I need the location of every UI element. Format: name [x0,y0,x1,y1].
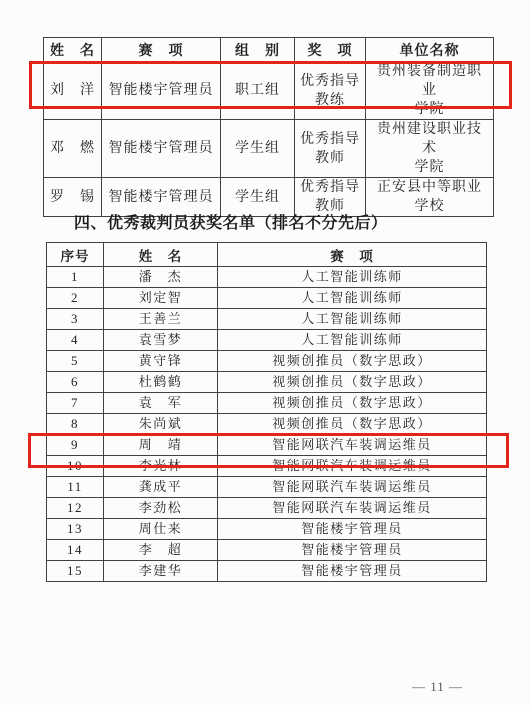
cell-event: 智能楼宇管理员 [102,120,221,178]
table-row: 7 袁 军 视频创推员（数字思政） [47,393,487,414]
cell-no: 13 [47,519,104,540]
document-page: 姓 名 赛 项 组 别 奖 项 单位名称 刘 洋 智能楼宇管理员 职工组 优秀指… [0,0,530,705]
cell-event: 智能网联汽车装调运维员 [218,435,487,456]
cell-group: 职工组 [221,62,295,120]
cell-event: 视频创推员（数字思政） [218,351,487,372]
cell-name: 邓 燃 [44,120,102,178]
coach-award-table: 姓 名 赛 项 组 别 奖 项 单位名称 刘 洋 智能楼宇管理员 职工组 优秀指… [43,37,494,217]
cell-name: 王善兰 [104,309,218,330]
cell-no: 5 [47,351,104,372]
column-header-event: 赛 项 [218,243,487,267]
table-row: 邓 燃 智能楼宇管理员 学生组 优秀指导 教师 贵州建设职业技术 学院 [44,120,494,178]
cell-event: 智能网联汽车装调运维员 [218,456,487,477]
cell-no: 6 [47,372,104,393]
cell-no: 12 [47,498,104,519]
table-row: 1 潘 杰 人工智能训练师 [47,267,487,288]
cell-no: 9 [47,435,104,456]
cell-event: 智能楼宇管理员 [218,519,487,540]
cell-name: 袁雪梦 [104,330,218,351]
column-header-award: 奖 项 [295,38,366,62]
table-header-row: 序号 姓 名 赛 项 [47,243,487,267]
column-header-name: 姓 名 [104,243,218,267]
cell-no: 7 [47,393,104,414]
cell-award: 优秀指导 教练 [295,62,366,120]
table-row: 3 王善兰 人工智能训练师 [47,309,487,330]
cell-name: 龚成平 [104,477,218,498]
cell-name: 李光林 [104,456,218,477]
cell-no: 8 [47,414,104,435]
cell-name: 周 靖 [104,435,218,456]
cell-name: 黄守锋 [104,351,218,372]
cell-event: 智能网联汽车装调运维员 [218,477,487,498]
cell-no: 4 [47,330,104,351]
cell-no: 11 [47,477,104,498]
cell-no: 15 [47,561,104,582]
column-header-no: 序号 [47,243,104,267]
cell-group: 学生组 [221,120,295,178]
column-header-org: 单位名称 [366,38,494,62]
table-row-highlighted: 9 周 靖 智能网联汽车装调运维员 [47,435,487,456]
cell-award: 优秀指导 教师 [295,120,366,178]
cell-no: 1 [47,267,104,288]
table-row: 6 杜鹤鹤 视频创推员（数字思政） [47,372,487,393]
cell-name: 杜鹤鹤 [104,372,218,393]
cell-org: 贵州建设职业技术 学院 [366,120,494,178]
column-header-name: 姓 名 [44,38,102,62]
cell-name: 刘 洋 [44,62,102,120]
cell-org: 贵州装备制造职业 学院 [366,62,494,120]
cell-event: 人工智能训练师 [218,267,487,288]
table-row: 11 龚成平 智能网联汽车装调运维员 [47,477,487,498]
cell-event: 人工智能训练师 [218,288,487,309]
cell-event: 智能楼宇管理员 [102,62,221,120]
cell-name: 李 超 [104,540,218,561]
table-row: 4 袁雪梦 人工智能训练师 [47,330,487,351]
cell-name: 李建华 [104,561,218,582]
cell-event: 视频创推员（数字思政） [218,372,487,393]
cell-event: 智能网联汽车装调运维员 [218,498,487,519]
table-row: 刘 洋 智能楼宇管理员 职工组 优秀指导 教练 贵州装备制造职业 学院 [44,62,494,120]
column-header-group: 组 别 [221,38,295,62]
table-row: 13 周仕来 智能楼宇管理员 [47,519,487,540]
cell-no: 2 [47,288,104,309]
table-row: 5 黄守锋 视频创推员（数字思政） [47,351,487,372]
table-row: 2 刘定智 人工智能训练师 [47,288,487,309]
table-header-row: 姓 名 赛 项 组 别 奖 项 单位名称 [44,38,494,62]
table-row: 8 朱尚斌 视频创推员（数字思政） [47,414,487,435]
cell-event: 人工智能训练师 [218,309,487,330]
cell-no: 10 [47,456,104,477]
cell-event: 智能楼宇管理员 [218,540,487,561]
cell-no: 3 [47,309,104,330]
cell-event: 视频创推员（数字思政） [218,393,487,414]
cell-no: 14 [47,540,104,561]
cell-name: 周仕来 [104,519,218,540]
table-row: 12 李劲松 智能网联汽车装调运维员 [47,498,487,519]
cell-name: 李劲松 [104,498,218,519]
cell-event: 智能楼宇管理员 [218,561,487,582]
table-row: 10 李光林 智能网联汽车装调运维员 [47,456,487,477]
cell-name: 潘 杰 [104,267,218,288]
section-heading: 四、优秀裁判员获奖名单（排名不分先后） [74,210,388,233]
referee-award-table: 序号 姓 名 赛 项 1 潘 杰 人工智能训练师 2 刘定智 人工智能训练师 3… [46,242,487,582]
cell-name: 袁 军 [104,393,218,414]
cell-name: 朱尚斌 [104,414,218,435]
table-row: 14 李 超 智能楼宇管理员 [47,540,487,561]
cell-event: 人工智能训练师 [218,330,487,351]
cell-name: 刘定智 [104,288,218,309]
column-header-event: 赛 项 [102,38,221,62]
table-row: 15 李建华 智能楼宇管理员 [47,561,487,582]
cell-event: 视频创推员（数字思政） [218,414,487,435]
page-number: — 11 — [412,679,463,695]
